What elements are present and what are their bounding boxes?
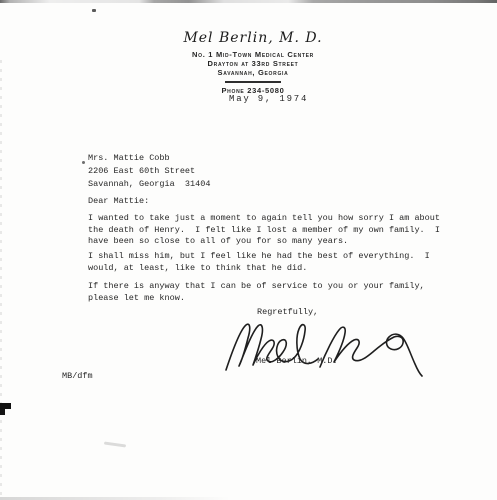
letterhead-divider	[225, 81, 281, 83]
letterhead-address-line2: Drayton at 33rd Street	[128, 59, 378, 68]
ink-speck	[92, 9, 96, 12]
recipient-street: 2206 East 60th Street	[88, 166, 195, 176]
body-paragraph-3: If there is anyway that I can be of serv…	[88, 281, 425, 304]
recipient-city: Savannah, Georgia 31404	[88, 179, 210, 189]
letterhead: Mel Berlin, M. D. No. 1 Mid-Town Medical…	[128, 30, 378, 95]
scan-edge-artifact-top	[0, 0, 497, 3]
ink-speck	[82, 161, 85, 164]
scan-artifact-mark-bottom	[0, 409, 5, 415]
letterhead-address-line3: Savannah, Georgia	[128, 68, 378, 77]
salutation: Dear Mattie:	[88, 196, 149, 206]
body-paragraph-2: I shall miss him, but I feel like he had…	[88, 251, 430, 274]
scanned-letter-page: Mel Berlin, M. D. No. 1 Mid-Town Medical…	[0, 0, 497, 500]
typed-signature-name: Mel Berlin, M.D.	[256, 356, 338, 366]
reference-initials: MB/dfm	[62, 371, 93, 381]
letter-date: May 9, 1974	[229, 94, 308, 104]
body-paragraph-1: I wanted to take just a moment to again …	[88, 213, 440, 248]
recipient-name: Mrs. Mattie Cobb	[88, 153, 170, 163]
letterhead-address-line1: No. 1 Mid-Town Medical Center	[128, 50, 378, 59]
scan-artifact-mark	[0, 403, 12, 415]
scan-edge-artifact-left	[0, 60, 2, 500]
handwritten-signature-icon	[224, 312, 426, 378]
letterhead-doctor-name: Mel Berlin, M. D.	[128, 30, 378, 46]
recipient-address-block: Mrs. Mattie Cobb 2206 East 60th Street S…	[88, 152, 210, 191]
scan-smudge	[104, 441, 126, 447]
